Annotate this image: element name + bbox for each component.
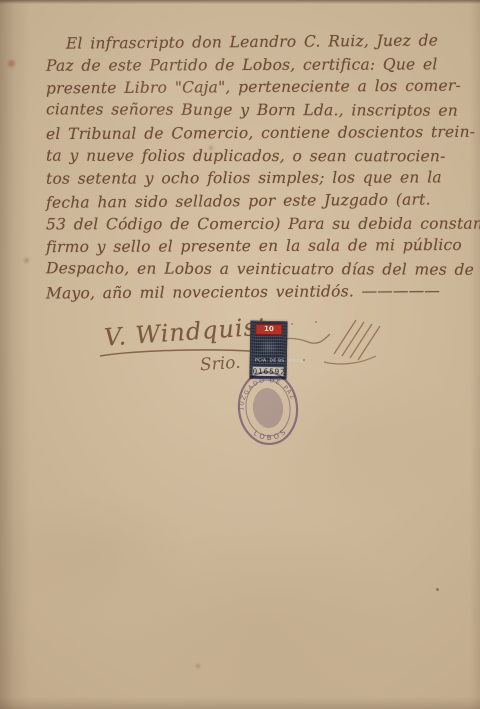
foxing-spot	[8, 60, 15, 67]
scanned-document-page: El infrascripto don Leandro C. Ruiz, Jue…	[0, 0, 480, 709]
handwritten-line: Paz de este Partido de Lobos, certifica:…	[46, 53, 466, 77]
handwritten-line: Despacho, en Lobos a veinticuatro días d…	[46, 257, 466, 281]
handwritten-line: 53 del Código de Comercio) Para su debid…	[46, 212, 466, 235]
handwritten-line: ciantes señores Bunge y Born Lda., inscr…	[46, 98, 466, 122]
foxing-spot	[24, 258, 29, 263]
handwritten-line: ta y nueve folios duplicados, o sean cua…	[46, 144, 466, 167]
handwritten-line: presente Libro "Caja", perteneciente a l…	[46, 75, 466, 101]
handwritten-text-block: El infrascripto don Leandro C. Ruiz, Jue…	[46, 31, 466, 303]
stamp-region-text: PCIA. DE BS. AIRES	[255, 358, 282, 364]
handwritten-line: tos setenta y ocho folios simples; los q…	[46, 166, 466, 190]
secretary-signature: V. Windquist	[103, 312, 268, 351]
handwritten-line: Mayo, año mil novecientos veintidós. ———…	[46, 279, 466, 305]
foxing-spot	[436, 588, 439, 591]
purple-ink-seal: JUZGADO DE PAZ LOBOS	[224, 364, 312, 452]
handwritten-line: el Tribunal de Comercio, contiene doscie…	[46, 121, 466, 146]
handwritten-line: firmo y sello el presente en la sala de …	[46, 234, 466, 259]
seal-emblem	[251, 387, 285, 430]
foxing-spot	[196, 664, 200, 668]
handwritten-line: El infrascripto don Leandro C. Ruiz, Jue…	[46, 29, 466, 55]
stamp-denomination: 10	[255, 324, 282, 335]
handwritten-line: fecha han sido sellados por este Juzgado…	[46, 188, 466, 214]
